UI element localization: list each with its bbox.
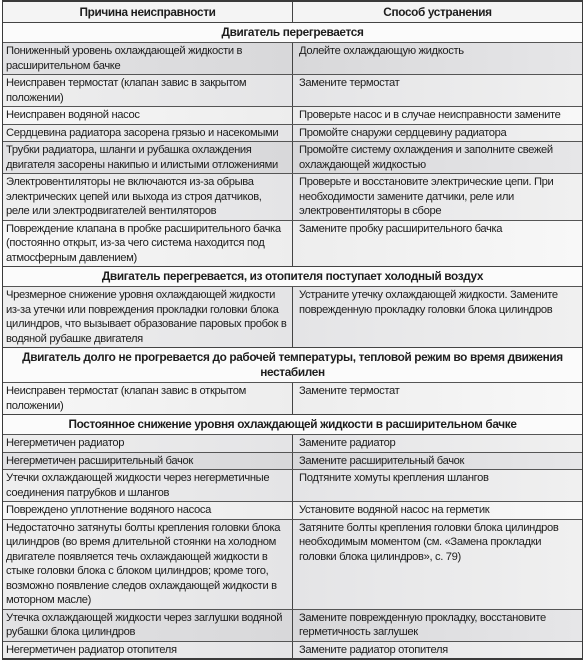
remedy-cell: Замените пробку расширительного бачка: [293, 221, 582, 267]
troubleshooting-table: Причина неисправности Способ устранения …: [2, 0, 583, 628]
table-header-row: Причина неисправности Способ устранения: [3, 2, 582, 22]
remedy-cell: Замените радиатор: [293, 435, 582, 452]
table-row: Трубки радиатора, шланги и рубашка охлаж…: [3, 141, 582, 173]
table-row: Чрезмерное снижение уровня охлаждающей ж…: [3, 286, 582, 347]
column-header-remedy: Способ устранения: [293, 2, 582, 22]
remedy-cell: Проверьте насос и в случае неисправности…: [293, 107, 582, 124]
remedy-cell: Проверьте и восстановите электрические ц…: [293, 174, 582, 220]
table-body: Двигатель перегреваетсяПониженный уровен…: [3, 22, 582, 628]
cause-cell: Сердцевина радиатора засорена грязью и н…: [3, 125, 293, 142]
cause-cell: Неисправен водяной насос: [3, 107, 293, 124]
remedy-cell: Устраните утечку охлаждающей жидкости. З…: [293, 287, 582, 347]
table-row: Негерметичен радиаторЗамените радиатор: [3, 434, 582, 452]
cause-cell: Повреждено уплотнение водяного насоса: [3, 502, 293, 519]
table-row: Повреждение клапана в пробке расширитель…: [3, 220, 582, 267]
cause-cell: Чрезмерное снижение уровня охлаждающей ж…: [3, 287, 293, 347]
remedy-cell: Затяните болты крепления головки блока ц…: [293, 520, 582, 609]
cause-cell: Неисправен термостат (клапан завис в зак…: [3, 75, 293, 106]
cause-cell: Недостаточно затянуты болты крепления го…: [3, 520, 293, 609]
cause-cell: Пониженный уровень охлаждающей жидкости …: [3, 43, 293, 74]
cause-cell: Утечки охлаждающей жидкости через негерм…: [3, 470, 293, 501]
remedy-cell: Замените расширительный бачок: [293, 453, 582, 470]
column-header-cause: Причина неисправности: [3, 2, 293, 22]
table-row: Негерметичен расширительный бачокЗаменит…: [3, 452, 582, 470]
section-title: Двигатель перегревается: [3, 22, 582, 42]
remedy-cell: Долейте охлаждающую жидкость: [293, 43, 582, 74]
cause-cell: Трубки радиатора, шланги и рубашка охлаж…: [3, 142, 293, 173]
remedy-cell: Подтяните хомуты крепления шлангов: [293, 470, 582, 501]
cause-cell: Утечка охлаждающей жидкости через заглуш…: [3, 610, 293, 629]
table-row: Сердцевина радиатора засорена грязью и н…: [3, 124, 582, 142]
remedy-cell: Промойте снаружи сердцевину радиатора: [293, 125, 582, 142]
section-title: Двигатель перегревается, из отопителя по…: [3, 266, 582, 286]
table-row: Утечки охлаждающей жидкости через негерм…: [3, 469, 582, 501]
table-row: Неисправен термостат (клапан завис в отк…: [3, 382, 582, 414]
cause-cell: Негерметичен радиатор: [3, 435, 293, 452]
table-row: Неисправен водяной насосПроверьте насос …: [3, 106, 582, 124]
table-row: Неисправен термостат (клапан завис в зак…: [3, 74, 582, 106]
table-row: Повреждено уплотнение водяного насосаУст…: [3, 501, 582, 519]
remedy-cell: Замените термостат: [293, 75, 582, 106]
cause-cell: Повреждение клапана в пробке расширитель…: [3, 221, 293, 267]
cause-cell: Негерметичен расширительный бачок: [3, 453, 293, 470]
remedy-cell: Замените поврежденную прокладку, восстан…: [293, 610, 582, 629]
cause-cell: Электровентиляторы не включаются из-за о…: [3, 174, 293, 220]
cause-cell: Неисправен термостат (клапан завис в отк…: [3, 383, 293, 414]
table-row: Электровентиляторы не включаются из-за о…: [3, 173, 582, 220]
remedy-cell: Замените термостат: [293, 383, 582, 414]
section-title: Постоянное снижение уровня охлаждающей ж…: [3, 414, 582, 434]
table-row: Утечка охлаждающей жидкости через заглуш…: [3, 609, 582, 629]
table-row: Пониженный уровень охлаждающей жидкости …: [3, 42, 582, 74]
remedy-cell: Промойте систему охлаждения и заполните …: [293, 142, 582, 173]
table-row: Недостаточно затянуты болты крепления го…: [3, 519, 582, 609]
section-title: Двигатель долго не прогревается до рабоч…: [3, 347, 582, 382]
remedy-cell: Установите водяной насос на герметик: [293, 502, 582, 519]
